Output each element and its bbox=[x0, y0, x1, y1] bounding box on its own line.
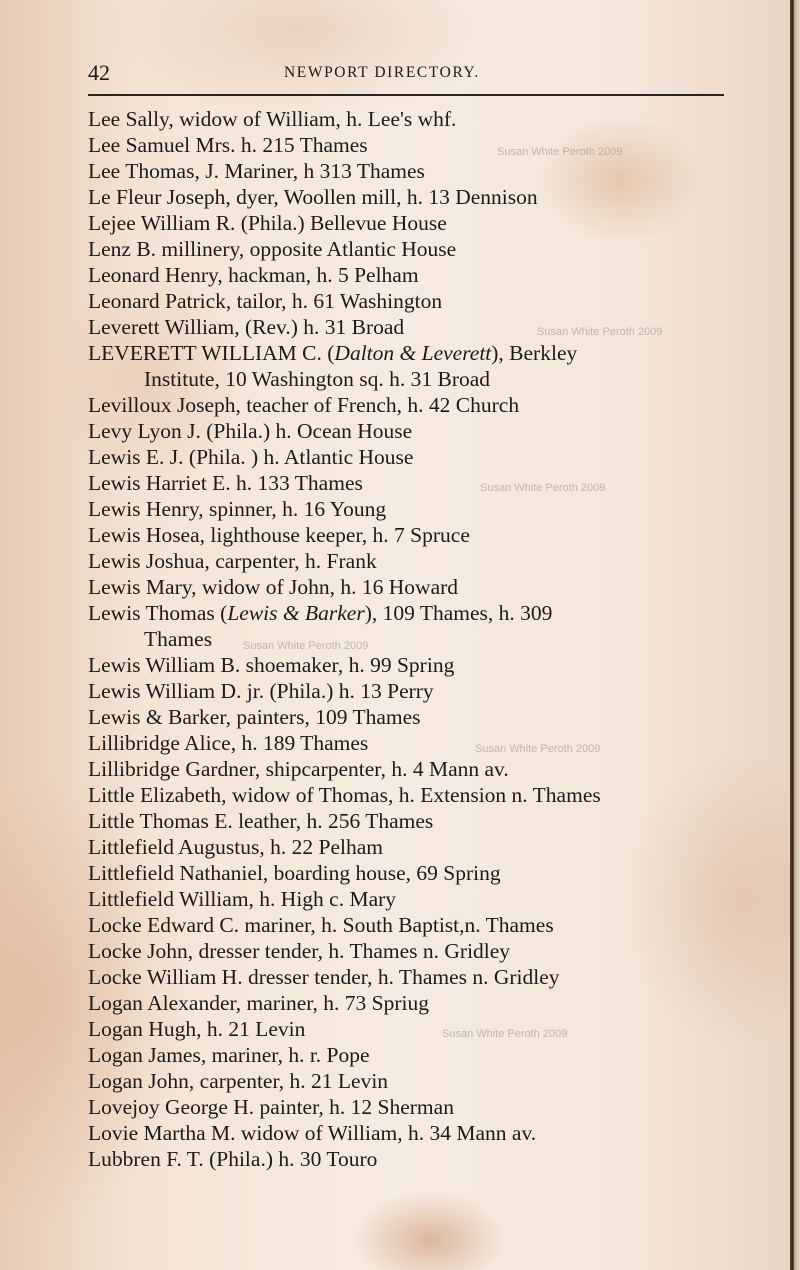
directory-entry: Lee Sally, widow of William, h. Lee's wh… bbox=[88, 106, 768, 132]
directory-entry: Lewis William B. shoemaker, h. 99 Spring bbox=[88, 652, 768, 678]
entry-text: Lewis & Barker, painters, 109 Thames bbox=[88, 705, 421, 729]
entry-text: Lovejoy George H. painter, h. 12 Sherman bbox=[88, 1095, 454, 1119]
directory-entry: Leonard Henry, hackman, h. 5 Pelham bbox=[88, 262, 768, 288]
firm-name: Lewis & Barker bbox=[227, 601, 364, 625]
entry-continuation: Thames bbox=[88, 626, 768, 652]
entry-text: ), 109 Thames, h. 309 bbox=[365, 601, 553, 625]
directory-entry: Locke William H. dresser tender, h. Tham… bbox=[88, 964, 768, 990]
entry-text: Locke William H. dresser tender, h. Tham… bbox=[88, 965, 560, 989]
entry-text: Lee Samuel Mrs. h. 215 Thames bbox=[88, 133, 368, 157]
firm-name: Dalton & Leverett bbox=[334, 341, 491, 365]
book-spine-edge bbox=[790, 0, 800, 1270]
entry-text: Logan Alexander, mariner, h. 73 Spriug bbox=[88, 991, 429, 1015]
directory-entry: Logan John, carpenter, h. 21 Levin bbox=[88, 1068, 768, 1094]
entry-text: Lejee William R. (Phila.) Bellevue House bbox=[88, 211, 447, 235]
entry-text: Lewis William D. jr. (Phila.) h. 13 Perr… bbox=[88, 679, 434, 703]
directory-entry: Leverett William, (Rev.) h. 31 Broad bbox=[88, 314, 768, 340]
directory-entry: Lewis Joshua, carpenter, h. Frank bbox=[88, 548, 768, 574]
directory-entry: Levilloux Joseph, teacher of French, h. … bbox=[88, 392, 768, 418]
entry-text: Le Fleur Joseph, dyer, Woollen mill, h. … bbox=[88, 185, 538, 209]
entry-continuation: Institute, 10 Washington sq. h. 31 Broad bbox=[88, 366, 768, 392]
directory-entry: Logan Hugh, h. 21 Levin bbox=[88, 1016, 768, 1042]
entry-text: Lee Thomas, J. Mariner, h 313 Thames bbox=[88, 159, 425, 183]
directory-entry: Lewis & Barker, painters, 109 Thames bbox=[88, 704, 768, 730]
directory-entry: Lillibridge Gardner, shipcarpenter, h. 4… bbox=[88, 756, 768, 782]
directory-entry: Lewis Hosea, lighthouse keeper, h. 7 Spr… bbox=[88, 522, 768, 548]
entry-text: LEVERETT WILLIAM C. ( bbox=[88, 341, 334, 365]
directory-entry: Lovie Martha M. widow of William, h. 34 … bbox=[88, 1120, 768, 1146]
directory-entries: Lee Sally, widow of William, h. Lee's wh… bbox=[88, 106, 768, 1172]
watermark-text: Susan White Peroth 2009 bbox=[442, 1028, 567, 1040]
directory-entry: Logan Alexander, mariner, h. 73 Spriug bbox=[88, 990, 768, 1016]
entry-text: Lewis Henry, spinner, h. 16 Young bbox=[88, 497, 386, 521]
directory-entry: Lewis Mary, widow of John, h. 16 Howard bbox=[88, 574, 768, 600]
entry-text: Leonard Patrick, tailor, h. 61 Washingto… bbox=[88, 289, 442, 313]
entry-text: Little Elizabeth, widow of Thomas, h. Ex… bbox=[88, 783, 601, 807]
directory-entry: Lejee William R. (Phila.) Bellevue House bbox=[88, 210, 768, 236]
entry-text: Lewis Mary, widow of John, h. 16 Howard bbox=[88, 575, 458, 599]
entry-text: Lillibridge Alice, h. 189 Thames bbox=[88, 731, 368, 755]
header-rule bbox=[88, 94, 724, 96]
directory-entry: Lewis Thomas (Lewis & Barker), 109 Thame… bbox=[88, 600, 768, 652]
entry-text: Lenz B. millinery, opposite Atlantic Hou… bbox=[88, 237, 456, 261]
directory-entry: Lee Thomas, J. Mariner, h 313 Thames bbox=[88, 158, 768, 184]
directory-entry: Leonard Patrick, tailor, h. 61 Washingto… bbox=[88, 288, 768, 314]
watermark-text: Susan White Peroth 2009 bbox=[537, 326, 662, 338]
directory-entry: Locke Edward C. mariner, h. South Baptis… bbox=[88, 912, 768, 938]
entry-text: Levy Lyon J. (Phila.) h. Ocean House bbox=[88, 419, 412, 443]
entry-text: Littlefield Nathaniel, boarding house, 6… bbox=[88, 861, 501, 885]
directory-page: 42 NEWPORT DIRECTORY. Lee Sally, widow o… bbox=[0, 0, 790, 1270]
directory-entry: Lenz B. millinery, opposite Atlantic Hou… bbox=[88, 236, 768, 262]
watermark-text: Susan White Peroth 2009 bbox=[480, 482, 605, 494]
directory-entry: Levy Lyon J. (Phila.) h. Ocean House bbox=[88, 418, 768, 444]
directory-entry: Littlefield Nathaniel, boarding house, 6… bbox=[88, 860, 768, 886]
page-header: 42 NEWPORT DIRECTORY. bbox=[88, 58, 724, 88]
entry-text: Locke John, dresser tender, h. Thames n.… bbox=[88, 939, 510, 963]
entry-text: Lewis Thomas ( bbox=[88, 601, 227, 625]
entry-text: ), Berkley bbox=[491, 341, 577, 365]
directory-entry: Littlefield Augustus, h. 22 Pelham bbox=[88, 834, 768, 860]
entry-text: Lewis Hosea, lighthouse keeper, h. 7 Spr… bbox=[88, 523, 470, 547]
directory-entry: Littlefield William, h. High c. Mary bbox=[88, 886, 768, 912]
entry-text: Lewis Joshua, carpenter, h. Frank bbox=[88, 549, 377, 573]
entry-text: Lovie Martha M. widow of William, h. 34 … bbox=[88, 1121, 536, 1145]
directory-entry: Le Fleur Joseph, dyer, Woollen mill, h. … bbox=[88, 184, 768, 210]
running-head: NEWPORT DIRECTORY. bbox=[284, 64, 480, 82]
entry-text: Logan John, carpenter, h. 21 Levin bbox=[88, 1069, 388, 1093]
watermark-text: Susan White Peroth 2009 bbox=[243, 640, 368, 652]
entry-text: Lillibridge Gardner, shipcarpenter, h. 4… bbox=[88, 757, 509, 781]
directory-entry: Lewis Harriet E. h. 133 Thames bbox=[88, 470, 768, 496]
directory-entry: Little Thomas E. leather, h. 256 Thames bbox=[88, 808, 768, 834]
directory-entry: Lubbren F. T. (Phila.) h. 30 Touro bbox=[88, 1146, 768, 1172]
watermark-text: Susan White Peroth 2009 bbox=[475, 743, 600, 755]
entry-text: Leverett William, (Rev.) h. 31 Broad bbox=[88, 315, 404, 339]
page-number: 42 bbox=[88, 60, 110, 86]
entry-text: Lee Sally, widow of William, h. Lee's wh… bbox=[88, 107, 456, 131]
entry-text: Leonard Henry, hackman, h. 5 Pelham bbox=[88, 263, 419, 287]
directory-entry: Lewis Henry, spinner, h. 16 Young bbox=[88, 496, 768, 522]
directory-entry: Lovejoy George H. painter, h. 12 Sherman bbox=[88, 1094, 768, 1120]
directory-entry: Lee Samuel Mrs. h. 215 Thames bbox=[88, 132, 768, 158]
entry-text: Lewis William B. shoemaker, h. 99 Spring bbox=[88, 653, 454, 677]
entry-text: Littlefield Augustus, h. 22 Pelham bbox=[88, 835, 383, 859]
entry-text: Little Thomas E. leather, h. 256 Thames bbox=[88, 809, 433, 833]
directory-entry: Lillibridge Alice, h. 189 Thames bbox=[88, 730, 768, 756]
entry-text: Levilloux Joseph, teacher of French, h. … bbox=[88, 393, 519, 417]
directory-entry: Lewis E. J. (Phila. ) h. Atlantic House bbox=[88, 444, 768, 470]
entry-text: Lubbren F. T. (Phila.) h. 30 Touro bbox=[88, 1147, 377, 1171]
watermark-text: Susan White Peroth 2009 bbox=[497, 146, 622, 158]
entry-text: Locke Edward C. mariner, h. South Baptis… bbox=[88, 913, 554, 937]
entry-text: Logan James, mariner, h. r. Pope bbox=[88, 1043, 370, 1067]
entry-text: Logan Hugh, h. 21 Levin bbox=[88, 1017, 305, 1041]
entry-text: Littlefield William, h. High c. Mary bbox=[88, 887, 396, 911]
entry-text: Lewis E. J. (Phila. ) h. Atlantic House bbox=[88, 445, 413, 469]
directory-entry: LEVERETT WILLIAM C. (Dalton & Leverett),… bbox=[88, 340, 768, 392]
directory-entry: Logan James, mariner, h. r. Pope bbox=[88, 1042, 768, 1068]
entry-text: Lewis Harriet E. h. 133 Thames bbox=[88, 471, 363, 495]
directory-entry: Lewis William D. jr. (Phila.) h. 13 Perr… bbox=[88, 678, 768, 704]
directory-entry: Little Elizabeth, widow of Thomas, h. Ex… bbox=[88, 782, 768, 808]
directory-entry: Locke John, dresser tender, h. Thames n.… bbox=[88, 938, 768, 964]
